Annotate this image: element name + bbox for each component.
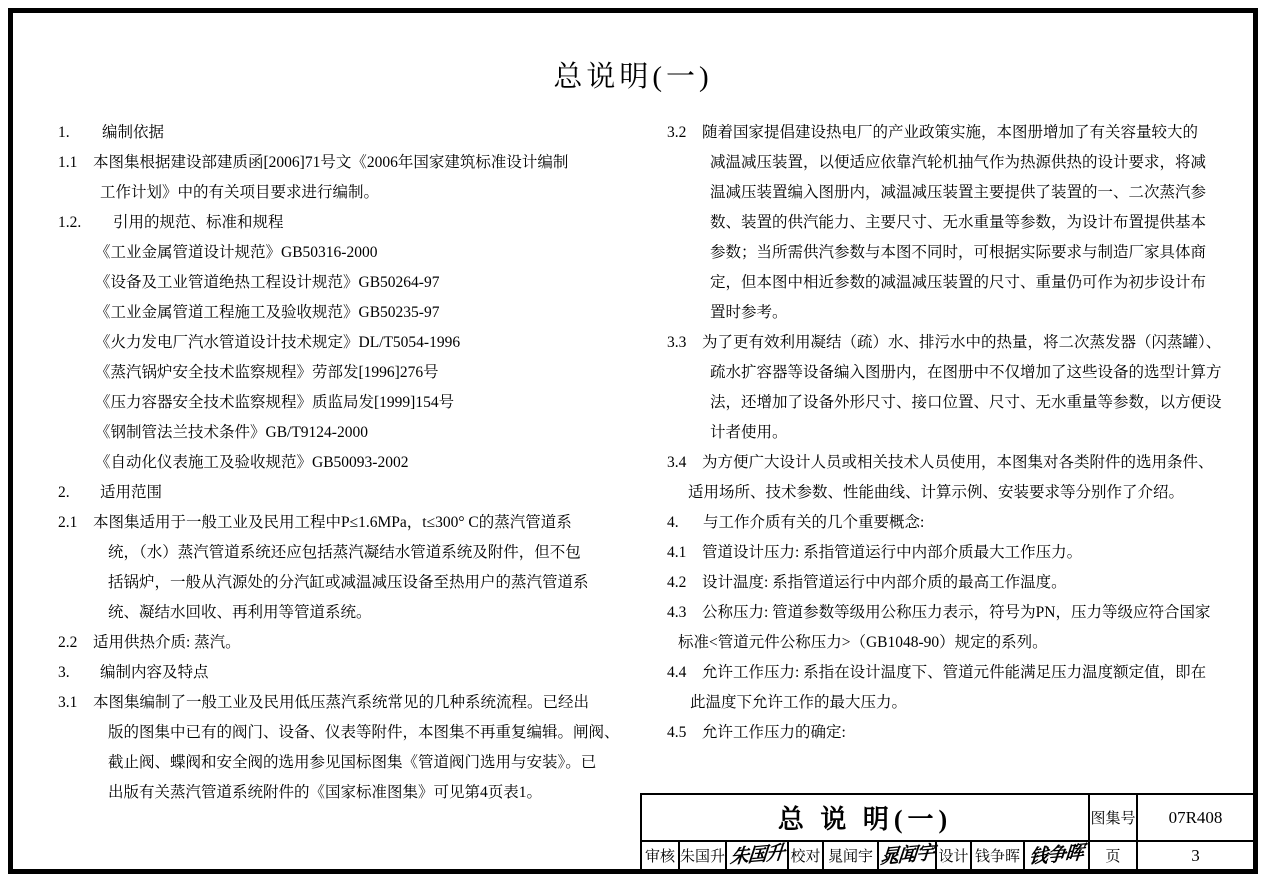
item-number: 1.: [58, 118, 93, 148]
signature: 钱争晖: [1025, 842, 1088, 869]
item-number: [667, 148, 702, 178]
line-text: 版的图集中已有的阀门、设备、仪表等附件，本图集不再重复编辑。闸阀、: [108, 718, 620, 748]
text-line: 《工业金属管道工程施工及验收规范》GB50235-97: [58, 298, 636, 328]
item-number: [667, 418, 702, 448]
text-line: 4.2设计温度: 系指管道运行中内部介质的最高工作温度。: [667, 568, 1255, 598]
item-number: 3.4: [667, 448, 702, 478]
item-number: [58, 538, 93, 568]
text-line: 置时参考。: [667, 298, 1255, 328]
item-number: [58, 718, 93, 748]
title-block-title-row: 总 说 明(一): [642, 795, 1088, 840]
text-line: 4.3公称压力: 管道参数等级用公称压力表示，符号为PN，压力等级应符合国家: [667, 598, 1255, 628]
cell-text: 朱国升: [680, 845, 725, 866]
line-text: 允许工作压力: 系指在设计温度下、管道元件能满足压力温度额定值，即在: [702, 658, 1206, 688]
text-line: 3.4为方便广大设计人员或相关技术人员使用，本图集对各类附件的选用条件、: [667, 448, 1255, 478]
text-line: 统、凝结水回收、再利用等管道系统。: [58, 598, 636, 628]
item-number: 2.: [58, 478, 93, 508]
title-block-title: 总 说 明(一): [778, 799, 952, 836]
title-block: 总 说 明(一) 审核朱国升朱国升校对晁闻宇晁闻宇设计钱争晖钱争晖 图集号 07…: [640, 793, 1253, 869]
line-text: 标准<管道元件公称压力>（GB1048-90）规定的系列。: [678, 628, 1048, 658]
line-text: 《工业金属管道设计规范》GB50316-2000: [95, 238, 377, 268]
text-line: 工作计划》中的有关项目要求进行编制。: [58, 178, 636, 208]
text-line: 疏水扩容器等设备编入图册内，在图册中不仅增加了这些设备的选型计算方: [667, 358, 1255, 388]
text-line: 3.2随着国家提倡建设热电厂的产业政策实施，本图册增加了有关容量较大的: [667, 118, 1255, 148]
text-line: 《压力容器安全技术监察规程》质监局发[1999]154号: [58, 388, 636, 418]
text-line: 参数；当所需供汽参数与本图不同时，可根据实际要求与制造厂家具体商: [667, 238, 1255, 268]
text-line: 法，还增加了设备外形尺寸、接口位置、尺寸、无水重量等参数，以方便设: [667, 388, 1255, 418]
person-name: 钱争晖: [972, 842, 1025, 869]
line-text: 适用供热介质: 蒸汽。: [93, 628, 241, 658]
person-name: 晁闻宇: [824, 842, 879, 869]
text-line: 《工业金属管道设计规范》GB50316-2000: [58, 238, 636, 268]
text-line: 定，但本图中相近参数的减温减压装置的尺寸、重量仍可作为初步设计布: [667, 268, 1255, 298]
line-text: 统、凝结水回收、再利用等管道系统。: [108, 598, 372, 628]
text-line: 1.2.引用的规范、标准和规程: [58, 208, 636, 238]
line-text: 置时参考。: [710, 298, 788, 328]
item-number: 1.2.: [58, 208, 93, 238]
line-text: 括锅炉，一般从汽源处的分汽缸或减温减压设备至热用户的蒸汽管道系: [108, 568, 589, 598]
line-text: 统，（水）蒸汽管道系统还应包括蒸汽凝结水管道系统及附件，但不包: [108, 538, 581, 568]
text-line: 4.与工作介质有关的几个重要概念:: [667, 508, 1255, 538]
field-label: 校对: [789, 842, 824, 869]
atlas-number-label: 图集号: [1090, 795, 1136, 840]
cell-text: 晁闻宇: [828, 845, 873, 866]
left-text-column: 1.编制依据1.1本图集根据建设部建质函[2006]71号文《2006年国家建筑…: [58, 118, 636, 808]
text-line: 《蒸汽锅炉安全技术监察规程》劳部发[1996]276号: [58, 358, 636, 388]
line-text: 疏水扩容器等设备编入图册内，在图册中不仅增加了这些设备的选型计算方: [710, 358, 1222, 388]
atlas-number-value: 07R408: [1136, 795, 1253, 840]
cell-text: 设计: [938, 845, 968, 866]
right-text-column: 3.2随着国家提倡建设热电厂的产业政策实施，本图册增加了有关容量较大的减温减压装…: [667, 118, 1255, 748]
text-line: 2.适用范围: [58, 478, 636, 508]
item-number: [58, 748, 93, 778]
cell-text: 校对: [790, 845, 820, 866]
text-line: 计者使用。: [667, 418, 1255, 448]
line-text: 为了更有效利用凝结（疏）水、排污水中的热量，将二次蒸发器（闪蒸罐）、: [702, 328, 1221, 358]
item-number: 2.1: [58, 508, 93, 538]
line-text: 《蒸汽锅炉安全技术监察规程》劳部发[1996]276号: [95, 358, 439, 388]
item-number: [667, 208, 702, 238]
text-line: 减温减压装置，以便适应依靠汽轮机抽气作为热源供热的设计要求，将减: [667, 148, 1255, 178]
item-number: 3.3: [667, 328, 702, 358]
title-block-main: 总 说 明(一) 审核朱国升朱国升校对晁闻宇晁闻宇设计钱争晖钱争晖: [642, 795, 1090, 869]
item-number: [667, 268, 702, 298]
line-text: 允许工作压力的确定:: [702, 718, 846, 748]
item-number: [58, 568, 93, 598]
line-text: 计者使用。: [710, 418, 788, 448]
line-text: 数、装置的供汽能力、主要尺寸、无水重量等参数，为设计布置提供基本: [710, 208, 1206, 238]
item-number: [667, 358, 702, 388]
item-number: 3.1: [58, 688, 93, 718]
text-line: 括锅炉，一般从汽源处的分汽缸或减温减压设备至热用户的蒸汽管道系: [58, 568, 636, 598]
item-number: [58, 388, 93, 418]
cell-text: 钱争晖: [975, 845, 1020, 866]
text-line: 1.1本图集根据建设部建质函[2006]71号文《2006年国家建筑标准设计编制: [58, 148, 636, 178]
line-text: 法，还增加了设备外形尺寸、接口位置、尺寸、无水重量等参数，以方便设: [710, 388, 1222, 418]
item-number: 1.1: [58, 148, 93, 178]
text-line: 标准<管道元件公称压力>（GB1048-90）规定的系列。: [667, 628, 1255, 658]
line-text: 本图集适用于一般工业及民用工程中P≤1.6MPa，t≤300° C的蒸汽管道系: [93, 508, 572, 538]
text-line: 《火力发电厂汽水管道设计技术规定》DL/T5054-1996: [58, 328, 636, 358]
line-text: 参数；当所需供汽参数与本图不同时，可根据实际要求与制造厂家具体商: [710, 238, 1206, 268]
item-number: [58, 298, 93, 328]
line-text: 温减压装置编入图册内，减温减压装置主要提供了装置的一、二次蒸汽参: [710, 178, 1206, 208]
signature: 朱国升: [727, 842, 789, 869]
item-number: 3.: [58, 658, 93, 688]
line-text: 本图集编制了一般工业及民用低压蒸汽系统常见的几种系统流程。已经出: [93, 688, 589, 718]
signature-row: 审核朱国升朱国升校对晁闻宇晁闻宇设计钱争晖钱争晖: [642, 840, 1088, 869]
line-text: 《自动化仪表施工及验收规范》GB50093-2002: [95, 448, 408, 478]
text-line: 1.编制依据: [58, 118, 636, 148]
item-number: [58, 328, 93, 358]
text-line: 3.编制内容及特点: [58, 658, 636, 688]
line-text: 本图集根据建设部建质函[2006]71号文《2006年国家建筑标准设计编制: [93, 148, 568, 178]
signature: 晁闻宇: [879, 842, 937, 869]
item-number: [58, 268, 93, 298]
cell-text: 审核: [645, 845, 675, 866]
item-number: 3.2: [667, 118, 702, 148]
field-label: 设计: [937, 842, 972, 869]
text-line: 截止阀、蝶阀和安全阀的选用参见国标图集《管道阀门选用与安装》。已: [58, 748, 636, 778]
text-line: 《设备及工业管道绝热工程设计规范》GB50264-97: [58, 268, 636, 298]
line-text: 引用的规范、标准和规程: [113, 208, 284, 238]
text-line: 出版有关蒸汽管道系统附件的《国家标准图集》可见第4页表1。: [58, 778, 636, 808]
line-text: 《钢制管法兰技术条件》GB/T9124-2000: [95, 418, 368, 448]
text-line: 数、装置的供汽能力、主要尺寸、无水重量等参数，为设计布置提供基本: [667, 208, 1255, 238]
line-text: 此温度下允许工作的最大压力。: [690, 688, 907, 718]
item-number: [58, 448, 93, 478]
item-number: [667, 238, 702, 268]
line-text: 与工作介质有关的几个重要概念:: [703, 508, 924, 538]
line-text: 截止阀、蝶阀和安全阀的选用参见国标图集《管道阀门选用与安装》。已: [108, 748, 596, 778]
line-text: 适用范围: [100, 478, 162, 508]
item-number: [58, 778, 93, 808]
line-text: 编制依据: [102, 118, 164, 148]
line-text: 《设备及工业管道绝热工程设计规范》GB50264-97: [95, 268, 439, 298]
page-number-label: 页: [1090, 840, 1136, 869]
text-line: 2.2适用供热介质: 蒸汽。: [58, 628, 636, 658]
item-number: 4.2: [667, 568, 702, 598]
line-text: 管道设计压力: 系指管道运行中内部介质最大工作压力。: [702, 538, 1082, 568]
item-number: 4.1: [667, 538, 702, 568]
line-text: 减温减压装置，以便适应依靠汽轮机抽气作为热源供热的设计要求，将减: [710, 148, 1206, 178]
text-line: 适用场所、技术参数、性能曲线、计算示例、安装要求等分别作了介绍。: [667, 478, 1255, 508]
text-line: 《钢制管法兰技术条件》GB/T9124-2000: [58, 418, 636, 448]
handwritten-signature: 朱国升: [729, 837, 785, 869]
line-text: 《火力发电厂汽水管道设计技术规定》DL/T5054-1996: [95, 328, 460, 358]
line-text: 工作计划》中的有关项目要求进行编制。: [100, 178, 379, 208]
text-line: 3.1本图集编制了一般工业及民用低压蒸汽系统常见的几种系统流程。已经出: [58, 688, 636, 718]
line-text: 《压力容器安全技术监察规程》质监局发[1999]154号: [95, 388, 454, 418]
text-line: 《自动化仪表施工及验收规范》GB50093-2002: [58, 448, 636, 478]
line-text: 设计温度: 系指管道运行中内部介质的最高工作温度。: [702, 568, 1067, 598]
line-text: 公称压力: 管道参数等级用公称压力表示，符号为PN，压力等级应符合国家: [702, 598, 1211, 628]
text-line: 统，（水）蒸汽管道系统还应包括蒸汽凝结水管道系统及附件，但不包: [58, 538, 636, 568]
person-name: 朱国升: [680, 842, 727, 869]
item-number: [58, 178, 93, 208]
item-number: 4.: [667, 508, 702, 538]
line-text: 出版有关蒸汽管道系统附件的《国家标准图集》可见第4页表1。: [108, 778, 542, 808]
page-number-value: 3: [1136, 840, 1253, 869]
text-line: 4.4允许工作压力: 系指在设计温度下、管道元件能满足压力温度额定值，即在: [667, 658, 1255, 688]
item-number: [58, 238, 93, 268]
text-line: 3.3为了更有效利用凝结（疏）水、排污水中的热量，将二次蒸发器（闪蒸罐）、: [667, 328, 1255, 358]
field-label: 审核: [642, 842, 680, 869]
item-number: 4.3: [667, 598, 702, 628]
item-number: [667, 388, 702, 418]
line-text: 适用场所、技术参数、性能曲线、计算示例、安装要求等分别作了介绍。: [688, 478, 1184, 508]
item-number: 2.2: [58, 628, 93, 658]
text-line: 此温度下允许工作的最大压力。: [667, 688, 1255, 718]
line-text: 《工业金属管道工程施工及验收规范》GB50235-97: [95, 298, 439, 328]
item-number: 4.4: [667, 658, 702, 688]
item-number: [58, 358, 93, 388]
line-text: 为方便广大设计人员或相关技术人员使用，本图集对各类附件的选用条件、: [702, 448, 1214, 478]
page-title: 总说明(一): [0, 54, 1266, 95]
line-text: 随着国家提倡建设热电厂的产业政策实施，本图册增加了有关容量较大的: [702, 118, 1198, 148]
item-number: [58, 598, 93, 628]
text-line: 温减压装置编入图册内，减温减压装置主要提供了装置的一、二次蒸汽参: [667, 178, 1255, 208]
text-line: 4.5允许工作压力的确定:: [667, 718, 1255, 748]
line-text: 编制内容及特点: [100, 658, 209, 688]
title-block-info: 图集号 07R408 页 3: [1090, 795, 1253, 869]
line-text: 定，但本图中相近参数的减温减压装置的尺寸、重量仍可作为初步设计布: [710, 268, 1206, 298]
item-number: [58, 418, 93, 448]
text-line: 4.1管道设计压力: 系指管道运行中内部介质最大工作压力。: [667, 538, 1255, 568]
item-number: 4.5: [667, 718, 702, 748]
item-number: [667, 298, 702, 328]
text-line: 2.1本图集适用于一般工业及民用工程中P≤1.6MPa，t≤300° C的蒸汽管…: [58, 508, 636, 538]
item-number: [667, 178, 702, 208]
handwritten-signature: 钱争晖: [1029, 837, 1085, 869]
handwritten-signature: 晁闻宇: [879, 837, 935, 869]
text-line: 版的图集中已有的阀门、设备、仪表等附件，本图集不再重复编辑。闸阀、: [58, 718, 636, 748]
